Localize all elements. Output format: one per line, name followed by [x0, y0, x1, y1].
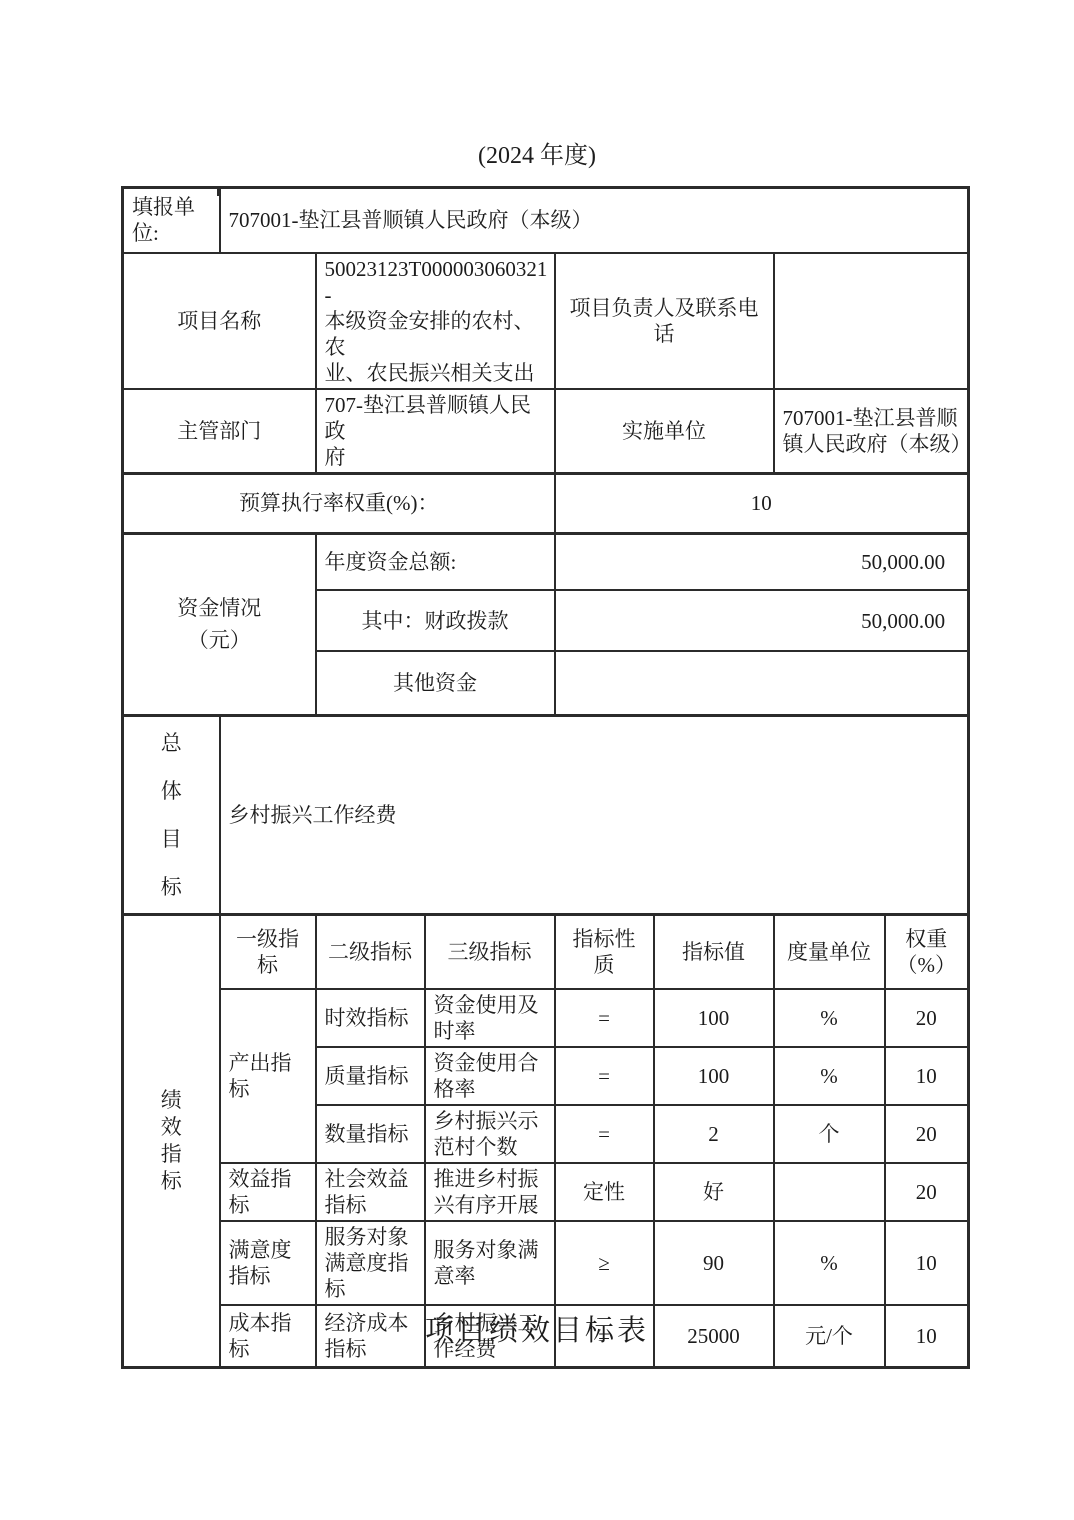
indicator-weight: 10: [885, 1047, 969, 1105]
overall-goal-label: 总 体 目 标: [123, 715, 220, 914]
header-level1: 一级指 标: [220, 914, 316, 989]
funds-other-label: 其他资金: [316, 651, 555, 715]
header-value: 指标值: [654, 914, 774, 989]
report-unit-label: 填报单 位:: [123, 188, 220, 253]
indicator-level3: 资金使用合 格率: [425, 1047, 555, 1105]
dept-label: 主管部门: [123, 389, 316, 474]
contact-label: 项目负责人及联系电 话: [555, 253, 774, 389]
table-row: 主管部门 707-垫江县普顺镇人民政 府 实施单位 707001-垫江县普顺 镇…: [123, 389, 969, 474]
indicator-weight: 20: [885, 989, 969, 1047]
indicator-level2: 社会效益 指标: [316, 1163, 425, 1221]
indicator-level3: 资金使用及 时率: [425, 989, 555, 1047]
funds-total-value: 50,000.00: [555, 533, 969, 590]
indicator-value: 90: [654, 1221, 774, 1305]
table-row: 项目名称 50023123T000003060321- 本级资金安排的农村、农 …: [123, 253, 969, 389]
overall-goal-value: 乡村振兴工作经费: [220, 715, 969, 914]
indicator-value: 100: [654, 1047, 774, 1105]
indicator-row: 产出指 标 时效指标 资金使用及 时率 = 100 % 20: [123, 989, 969, 1047]
doc-year-title: (2024 年度): [0, 140, 1074, 172]
table-row: 填报单 位: 707001-垫江县普顺镇人民政府（本级）: [123, 188, 969, 253]
impl-unit-label: 实施单位: [555, 389, 774, 474]
row1-divider-tick: [217, 186, 219, 196]
funds-total-label: 年度资金总额:: [316, 533, 555, 590]
table-row: 绩 效 指 标 一级指 标 二级指标 三级指标 指标性 质 指标值 度量单位 权…: [123, 914, 969, 989]
funds-fiscal-value: 50,000.00: [555, 590, 969, 651]
dept-value: 707-垫江县普顺镇人民政 府: [316, 389, 555, 474]
indicator-unit: 个: [774, 1105, 885, 1163]
indicator-nature: ≥: [555, 1221, 654, 1305]
indicator-level1: 满意度 指标: [220, 1221, 316, 1305]
indicator-weight: 10: [885, 1221, 969, 1305]
indicator-weight: 20: [885, 1163, 969, 1221]
header-weight: 权重 （%）: [885, 914, 969, 989]
header-level3: 三级指标: [425, 914, 555, 989]
indicator-section-label: 绩 效 指 标: [123, 914, 220, 1367]
indicator-level2: 数量指标: [316, 1105, 425, 1163]
indicator-level3: 推进乡村振 兴有序开展: [425, 1163, 555, 1221]
indicator-unit: [774, 1163, 885, 1221]
indicator-unit: %: [774, 1047, 885, 1105]
document-page: (2024 年度) 填报单 位: 707001-垫江县普顺镇人民政府（本级） 项…: [0, 0, 1074, 1520]
contact-value: [774, 253, 969, 389]
indicator-level1: 效益指 标: [220, 1163, 316, 1221]
header-level2: 二级指标: [316, 914, 425, 989]
indicator-value: 好: [654, 1163, 774, 1221]
budget-weight-label: 预算执行率权重(%)：: [123, 473, 555, 533]
funds-section-label: 资金情况 （元）: [123, 533, 316, 715]
indicator-nature: =: [555, 1047, 654, 1105]
indicator-row: 满意度 指标 服务对象 满意度指 标 服务对象满 意率 ≥ 90 % 10: [123, 1221, 969, 1305]
table-row: 预算执行率权重(%)： 10: [123, 473, 969, 533]
indicator-level2: 时效指标: [316, 989, 425, 1047]
funds-other-value: [555, 651, 969, 715]
indicator-nature: =: [555, 1105, 654, 1163]
doc-footer-title: 项目绩效目标表: [0, 1308, 1074, 1349]
report-unit-value: 707001-垫江县普顺镇人民政府（本级）: [220, 188, 969, 253]
impl-unit-value: 707001-垫江县普顺 镇人民政府（本级）: [774, 389, 969, 474]
indicator-unit: %: [774, 1221, 885, 1305]
project-name-label: 项目名称: [123, 253, 316, 389]
project-name-value: 50023123T000003060321- 本级资金安排的农村、农 业、农民振…: [316, 253, 555, 389]
funds-fiscal-label: 其中：财政拨款: [316, 590, 555, 651]
indicator-value: 100: [654, 989, 774, 1047]
table-row: 资金情况 （元） 年度资金总额: 50,000.00: [123, 533, 969, 590]
header-nature: 指标性 质: [555, 914, 654, 989]
indicator-value: 2: [654, 1105, 774, 1163]
indicator-level3: 乡村振兴示 范村个数: [425, 1105, 555, 1163]
indicator-unit: %: [774, 989, 885, 1047]
indicator-level3: 服务对象满 意率: [425, 1221, 555, 1305]
indicator-nature: =: [555, 989, 654, 1047]
indicator-nature: 定性: [555, 1163, 654, 1221]
performance-target-table: 填报单 位: 707001-垫江县普顺镇人民政府（本级） 项目名称 500231…: [121, 186, 970, 1369]
table-row: 总 体 目 标 乡村振兴工作经费: [123, 715, 969, 914]
budget-weight-value: 10: [555, 473, 969, 533]
indicator-row: 效益指 标 社会效益 指标 推进乡村振 兴有序开展 定性 好 20: [123, 1163, 969, 1221]
indicator-level2: 服务对象 满意度指 标: [316, 1221, 425, 1305]
indicator-level2: 质量指标: [316, 1047, 425, 1105]
indicator-weight: 20: [885, 1105, 969, 1163]
indicator-level1: 产出指 标: [220, 989, 316, 1163]
header-unit: 度量单位: [774, 914, 885, 989]
